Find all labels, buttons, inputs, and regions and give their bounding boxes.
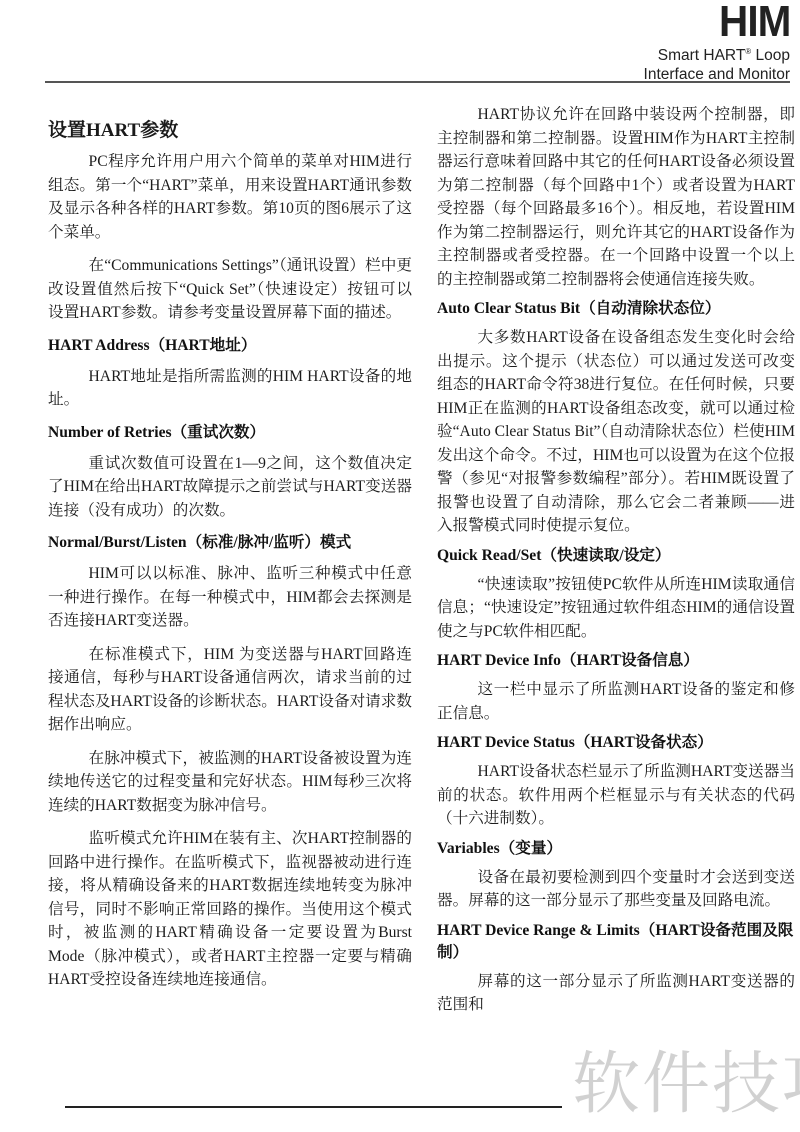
section-paragraph: 在脉冲模式下，被监测的HART设备被设置为连续地传送它的过程变量和完好状态。HI… bbox=[48, 747, 412, 818]
brand-title: HIM bbox=[655, 2, 790, 42]
section-heading-quick-read-set: Quick Read/Set（快速读取/设定） bbox=[437, 545, 795, 567]
section-paragraph: 监听模式允许HIM在装有主、次HART控制器的回路中进行操作。在监听模式下，监视… bbox=[48, 827, 412, 992]
section-heading-range-limits: HART Device Range & Limits（HART设备范围及限制） bbox=[437, 920, 795, 964]
intro-paragraph-1: PC程序允许用户用六个简单的菜单对HIM进行组态。第一个“HART”菜单，用来设… bbox=[48, 150, 412, 244]
section-paragraph: 这一栏中显示了所监测HART设备的鉴定和修正信息。 bbox=[437, 678, 795, 725]
header-divider bbox=[45, 81, 790, 83]
page-title: 设置HART参数 bbox=[48, 118, 412, 144]
section-paragraph: 在标准模式下，HIM 为变送器与HART回路连接通信，每秒与HART设备通信两次… bbox=[48, 643, 412, 737]
watermark-text: 软件技巧 bbox=[572, 1030, 800, 1127]
section-paragraph: 大多数HART设备在设备组态发生变化时会给出提示。这个提示（状态位）可以通过发送… bbox=[437, 326, 795, 538]
intro-paragraph-2: 在“Communications Settings”（通讯设置）栏中更改设置值然… bbox=[48, 254, 412, 325]
section-heading-auto-clear: Auto Clear Status Bit（自动清除状态位） bbox=[437, 298, 795, 320]
section-heading-retries: Number of Retries（重试次数） bbox=[48, 422, 412, 444]
right-column: HART协议允许在回路中装设两个控制器，即主控制器和第二控制器。设置HIM作为H… bbox=[437, 103, 795, 1024]
footer-divider bbox=[65, 1106, 562, 1108]
controller-paragraph: HART协议允许在回路中装设两个控制器，即主控制器和第二控制器。设置HIM作为H… bbox=[437, 103, 795, 291]
section-heading-modes: Normal/Burst/Listen（标准/脉冲/监听）模式 bbox=[48, 532, 412, 554]
section-paragraph: 屏幕的这一部分显示了所监测HART变送器的范围和 bbox=[437, 970, 795, 1017]
left-column: 设置HART参数 PC程序允许用户用六个简单的菜单对HIM进行组态。第一个“HA… bbox=[48, 104, 412, 1002]
section-heading-hart-address: HART Address（HART地址） bbox=[48, 335, 412, 357]
section-paragraph: “快速读取”按钮使PC软件从所连HIM读取通信信息；“快速设定”按钮通过软件组态… bbox=[437, 573, 795, 644]
section-paragraph: HIM可以以标准、脉冲、监听三种模式中任意一种进行操作。在每一种模式中，HIM都… bbox=[48, 562, 412, 633]
section-paragraph: HART设备状态栏显示了所监测HART变送器当前的状态。软件用两个栏框显示与有关… bbox=[437, 760, 795, 831]
brand-line1-suffix: Loop bbox=[751, 47, 790, 64]
section-paragraph: 设备在最初要检测到四个变量时才会送到变送器。屏幕的这一部分显示了那些变量及回路电… bbox=[437, 866, 795, 913]
section-paragraph: HART地址是指所需监测的HIM HART设备的地址。 bbox=[48, 365, 412, 412]
section-heading-device-status: HART Device Status（HART设备状态） bbox=[437, 732, 795, 754]
section-heading-device-info: HART Device Info（HART设备信息） bbox=[437, 650, 795, 672]
section-paragraph: 重试次数值可设置在1—9之间，这个数值决定了HIM在给出HART故障提示之前尝试… bbox=[48, 452, 412, 523]
brand-line1-text: Smart HART bbox=[658, 47, 746, 64]
brand-logo: HIM Smart HART® Loop Interface and Monit… bbox=[644, 2, 790, 84]
section-heading-variables: Variables（变量） bbox=[437, 838, 795, 860]
